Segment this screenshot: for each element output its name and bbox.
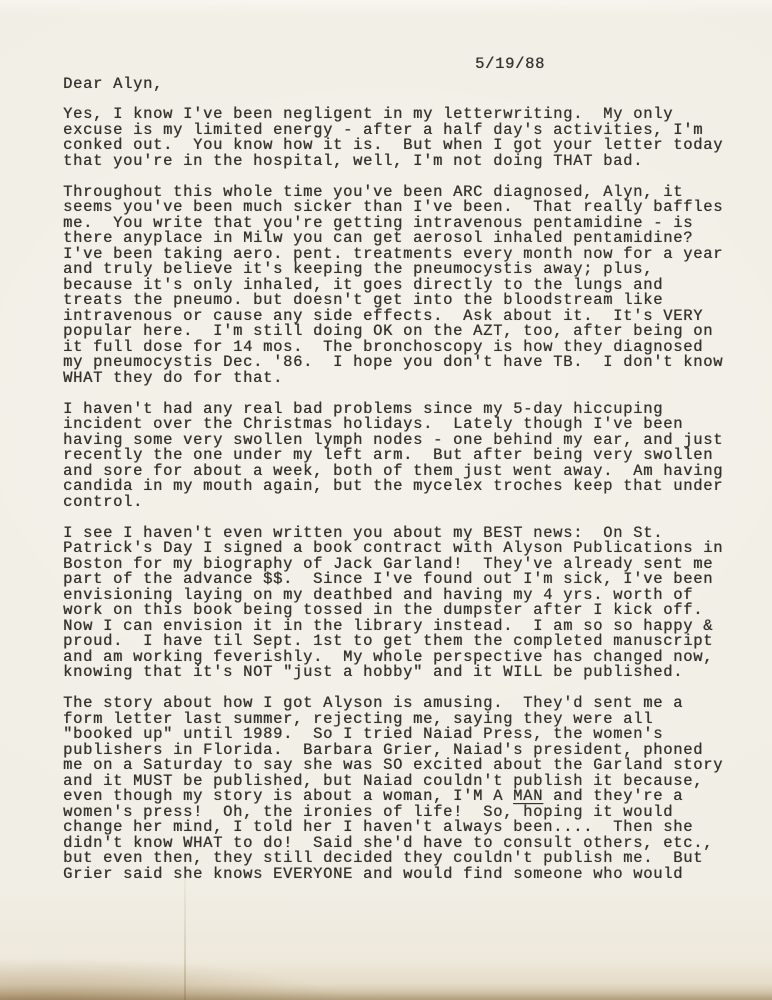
paragraph: I haven't had any real bad problems sinc… (63, 402, 753, 511)
text-line: Grier said she knows EVERYONE and would … (63, 867, 753, 883)
paragraph: The story about how I got Alyson is amus… (63, 696, 753, 882)
letter-page: 5/19/88 Dear Alyn, Yes, I know I've been… (0, 0, 772, 1000)
text-line: knowing that it's NOT "just a hobby" and… (63, 665, 753, 681)
paragraph: Yes, I know I've been negligent in my le… (63, 107, 753, 169)
text-line: candida in my mouth again, but the mycel… (63, 479, 753, 495)
letter-date: 5/19/88 (475, 56, 545, 72)
text-line: control. (63, 495, 753, 511)
text-line: that you're in the hospital, well, I'm n… (63, 154, 753, 170)
paragraph: I see I haven't even written you about m… (63, 526, 753, 681)
text-line: WHAT they do for that. (63, 371, 753, 387)
salutation: Dear Alyn, (63, 76, 163, 92)
paragraph: Throughout this whole time you've been A… (63, 185, 753, 387)
scan-shadow-bottom (0, 984, 772, 1000)
letter-body: Yes, I know I've been negligent in my le… (63, 107, 753, 882)
